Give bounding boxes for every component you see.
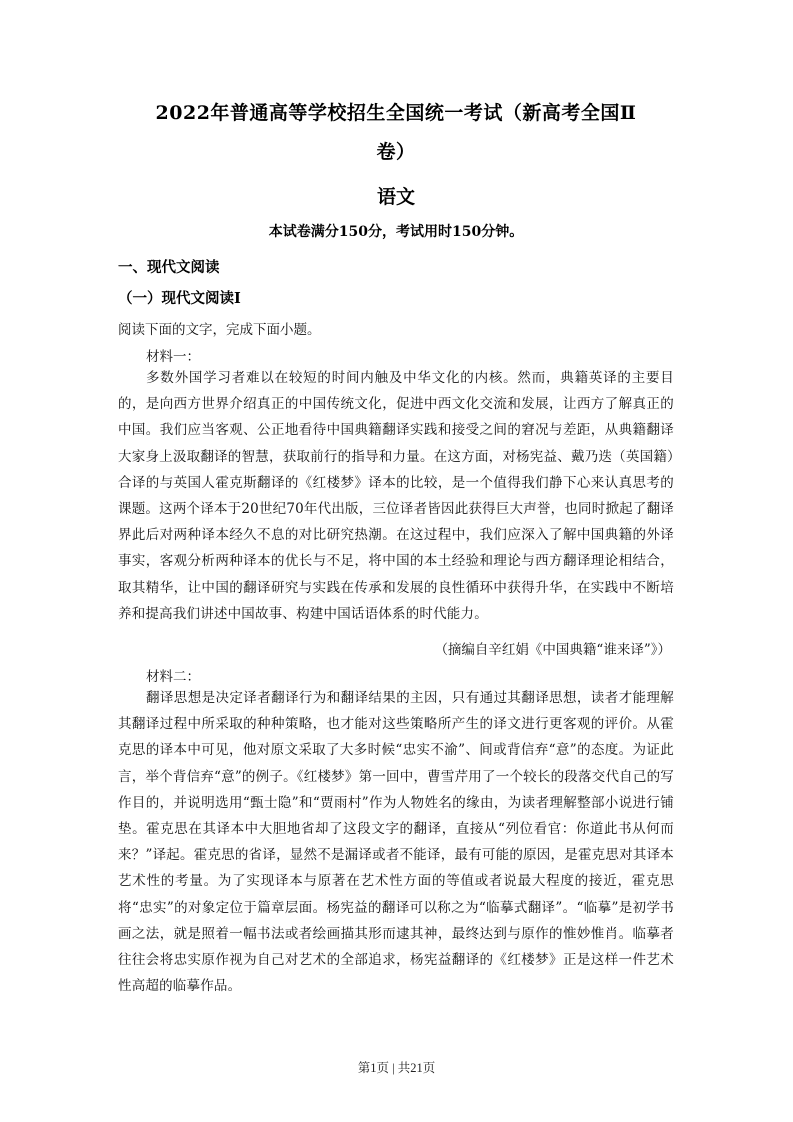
material2-label: 材料二： [146,665,200,685]
material1-source: （摘编自辛红娟《中国典籍“谁来译”》） [434,638,671,658]
page-footer: 第1页 | 共21页 [0,1058,793,1076]
material2-paragraph: 翻译思想是决定译者翻译行为和翻译结果的主因，只有通过其翻译思想，读者才能理解其翻… [118,685,674,999]
exam-note: 本试卷满分150分，考试用时150分钟。 [118,221,674,241]
material1-paragraph: 多数外国学习者难以在较短的时间内触及中华文化的内核。然而，典籍英译的主要目的，是… [118,365,674,627]
instruction-text: 阅读下面的文字，完成下面小题。 [118,318,321,338]
subject-title: 语文 [118,182,674,209]
subsection-heading: （一）现代文阅读Ⅰ [118,287,241,308]
exam-title-line1: 2022年普通高等学校招生全国统一考试（新高考全国Ⅱ [118,98,674,125]
section-heading: 一、现代文阅读 [118,256,220,277]
document-page: 2022年普通高等学校招生全国统一考试（新高考全国Ⅱ 卷） 语文 本试卷满分15… [0,0,793,1122]
exam-title-line2: 卷） [118,137,674,164]
material1-label: 材料一： [146,345,200,365]
